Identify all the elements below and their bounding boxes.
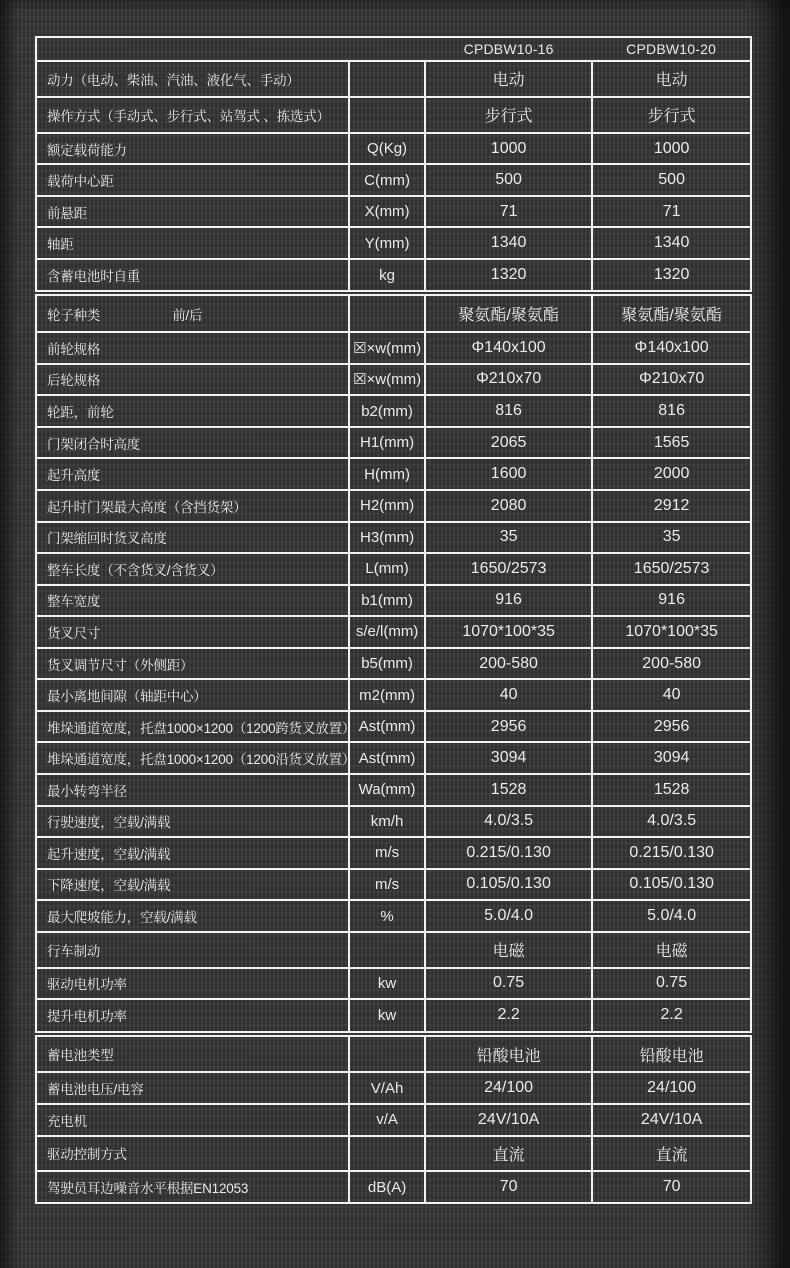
spec-unit-cell: V/Ah (349, 1072, 425, 1104)
spec-label-cell: 行车制动 (36, 932, 349, 968)
spec-row: 货叉尺寸 s/e/l(mm) 1070*100*35 1070*100*35 (36, 616, 751, 648)
spec-unit-cell: kw (349, 999, 425, 1033)
spec-label-cell: 货叉调节尺寸（外侧距） (36, 648, 349, 680)
spec-unit-cell: ☒×w(mm) (349, 364, 425, 396)
spec-unit-cell (349, 932, 425, 968)
spec-row: 额定载荷能力 Q(Kg) 1000 1000 (36, 133, 751, 165)
spec-value-model-1: 2.2 (425, 999, 592, 1033)
spec-value-model-1: 4.0/3.5 (425, 806, 592, 838)
spec-unit-cell: Y(mm) (349, 227, 425, 259)
spec-label-text: 驱动控制方式 (47, 1147, 127, 1162)
spec-label-cell: 堆垛通道宽度，托盘1000×1200（1200跨货叉放置） (36, 711, 349, 743)
spec-row: 轴距 Y(mm) 1340 1340 (36, 227, 751, 259)
spec-label-text: 驱动电机功率 (47, 977, 127, 992)
spec-row: 后轮规格 ☒×w(mm) Φ210x70 Φ210x70 (36, 364, 751, 396)
spec-label-suffix: 前/后 (172, 308, 202, 323)
spec-label-text: 操作方式（手动式、步行式、站驾式 、拣选式） (47, 109, 330, 124)
spec-unit-cell: m/s (349, 869, 425, 901)
spec-table-body: 动力（电动、柴油、汽油、液化气、手动） 电动 电动 操作方式（手动式、步行式、站… (36, 61, 751, 1203)
spec-unit-cell: m2(mm) (349, 679, 425, 711)
spec-label-cell: 操作方式（手动式、步行式、站驾式 、拣选式） (36, 97, 349, 133)
spec-label-cell: 堆垛通道宽度，托盘1000×1200（1200沿货叉放置） (36, 742, 349, 774)
spec-label-cell: 后轮规格 (36, 364, 349, 396)
spec-unit-cell: H1(mm) (349, 427, 425, 459)
spec-row: 下降速度，空载/满载 m/s 0.105/0.130 0.105/0.130 (36, 869, 751, 901)
spec-label-cell: 门架闭合时高度 (36, 427, 349, 459)
spec-value-model-1: 电动 (425, 61, 592, 97)
spec-value-model-1: 0.75 (425, 968, 592, 1000)
spec-value-model-1: 3094 (425, 742, 592, 774)
spec-value-model-1: 电磁 (425, 932, 592, 968)
spec-unit-cell: C(mm) (349, 164, 425, 196)
spec-row: 堆垛通道宽度，托盘1000×1200（1200沿货叉放置） Ast(mm) 30… (36, 742, 751, 774)
spec-row: 最小转弯半径 Wa(mm) 1528 1528 (36, 774, 751, 806)
spec-label-cell: 含蓄电池时自重 (36, 259, 349, 293)
spec-value-model-2: 电磁 (592, 932, 751, 968)
spec-label-text: 驾驶员耳边噪音水平根据EN12053 (47, 1181, 248, 1196)
spec-label-cell: 行驶速度，空载/满载 (36, 806, 349, 838)
spec-row: 最小离地间隙（轴距中心） m2(mm) 40 40 (36, 679, 751, 711)
spec-value-model-2: 1320 (592, 259, 751, 293)
spec-value-model-1: 24V/10A (425, 1104, 592, 1136)
spec-label-cell: 整车宽度 (36, 585, 349, 617)
spec-value-model-2: Φ140x100 (592, 332, 751, 364)
spec-value-model-1: 500 (425, 164, 592, 196)
spec-row: 充电机 v/A 24V/10A 24V/10A (36, 1104, 751, 1136)
spec-label-text: 起升高度 (47, 468, 100, 483)
spec-row: 行驶速度，空载/满载 km/h 4.0/3.5 4.0/3.5 (36, 806, 751, 838)
spec-label-cell: 驱动控制方式 (36, 1136, 349, 1172)
spec-value-model-2: 电动 (592, 61, 751, 97)
spec-value-model-1: 2065 (425, 427, 592, 459)
spec-value-model-2: 4.0/3.5 (592, 806, 751, 838)
spec-row: 动力（电动、柴油、汽油、液化气、手动） 电动 电动 (36, 61, 751, 97)
spec-row: 起升速度，空载/满载 m/s 0.215/0.130 0.215/0.130 (36, 837, 751, 869)
spec-value-model-1: 2080 (425, 490, 592, 522)
spec-label-cell: 驾驶员耳边噪音水平根据EN12053 (36, 1171, 349, 1203)
spec-label-cell: 轮距，前轮 (36, 395, 349, 427)
spec-label-text: 轮距，前轮 (47, 405, 114, 420)
spec-value-model-2: 聚氨酯/聚氨酯 (592, 293, 751, 332)
spec-value-model-1: 1000 (425, 133, 592, 165)
spec-value-model-1: 5.0/4.0 (425, 900, 592, 932)
spec-value-model-1: 1600 (425, 458, 592, 490)
spec-label-cell: 起升时门架最大高度（含挡货架） (36, 490, 349, 522)
spec-value-model-1: 0.215/0.130 (425, 837, 592, 869)
spec-unit-cell: km/h (349, 806, 425, 838)
spec-unit-cell: L(mm) (349, 553, 425, 585)
spec-label-text: 行驶速度，空载/满载 (47, 815, 170, 830)
spec-unit-cell: b2(mm) (349, 395, 425, 427)
spec-label-cell: 轴距 (36, 227, 349, 259)
spec-row: 货叉调节尺寸（外侧距） b5(mm) 200-580 200-580 (36, 648, 751, 680)
spec-value-model-2: 步行式 (592, 97, 751, 133)
spec-label-cell: 最小离地间隙（轴距中心） (36, 679, 349, 711)
spec-label-text: 下降速度，空载/满载 (47, 878, 170, 893)
spec-value-model-2: 0.215/0.130 (592, 837, 751, 869)
spec-value-model-2: 24/100 (592, 1072, 751, 1104)
spec-label-text: 最大爬坡能力，空载/满载 (47, 910, 197, 925)
spec-value-model-2: 2000 (592, 458, 751, 490)
spec-value-model-2: 2956 (592, 711, 751, 743)
spec-value-model-2: 2912 (592, 490, 751, 522)
spec-value-model-1: 71 (425, 196, 592, 228)
spec-value-model-1: 200-580 (425, 648, 592, 680)
spec-label-cell: 起升高度 (36, 458, 349, 490)
spec-value-model-2: 35 (592, 522, 751, 554)
spec-value-model-2: 24V/10A (592, 1104, 751, 1136)
spec-label-text: 最小转弯半径 (47, 784, 127, 799)
spec-label-text: 堆垛通道宽度，托盘1000×1200（1200跨货叉放置） (47, 721, 349, 736)
spec-row: 前轮规格 ☒×w(mm) Φ140x100 Φ140x100 (36, 332, 751, 364)
spec-label-cell: 前轮规格 (36, 332, 349, 364)
spec-unit-cell: Ast(mm) (349, 711, 425, 743)
spec-label-text: 前悬距 (47, 206, 87, 221)
spec-row: 起升时门架最大高度（含挡货架） H2(mm) 2080 2912 (36, 490, 751, 522)
spec-unit-cell: X(mm) (349, 196, 425, 228)
spec-unit-cell: H3(mm) (349, 522, 425, 554)
spec-label-cell: 前悬距 (36, 196, 349, 228)
spec-label-cell: 门架缩回时货叉高度 (36, 522, 349, 554)
spec-label-text: 额定载荷能力 (47, 143, 127, 158)
spec-row: 门架闭合时高度 H1(mm) 2065 1565 (36, 427, 751, 459)
spec-value-model-1: 40 (425, 679, 592, 711)
spec-label-cell: 货叉尺寸 (36, 616, 349, 648)
spec-label-text: 最小离地间隙（轴距中心） (47, 689, 207, 704)
spec-unit-cell: b1(mm) (349, 585, 425, 617)
spec-value-model-1: 816 (425, 395, 592, 427)
spec-unit-cell: kg (349, 259, 425, 293)
spec-label-cell: 充电机 (36, 1104, 349, 1136)
spec-value-model-1: 聚氨酯/聚氨酯 (425, 293, 592, 332)
spec-label-cell: 最小转弯半径 (36, 774, 349, 806)
spec-row: 行车制动 电磁 电磁 (36, 932, 751, 968)
spec-unit-cell (349, 61, 425, 97)
spec-value-model-1: 1340 (425, 227, 592, 259)
spec-label-text: 轴距 (47, 237, 74, 252)
spec-unit-cell: m/s (349, 837, 425, 869)
page-background: { "colors": { "background": "#333333", "… (0, 0, 790, 1268)
spec-unit-cell: v/A (349, 1104, 425, 1136)
spec-row: 蓄电池电压/电容 V/Ah 24/100 24/100 (36, 1072, 751, 1104)
spec-label-text: 整车宽度 (47, 594, 100, 609)
spec-label-text: 堆垛通道宽度，托盘1000×1200（1200沿货叉放置） (47, 752, 349, 767)
spec-value-model-2: 1070*100*35 (592, 616, 751, 648)
spec-value-model-1: 1070*100*35 (425, 616, 592, 648)
spec-value-model-2: 2.2 (592, 999, 751, 1033)
spec-label-cell: 动力（电动、柴油、汽油、液化气、手动） (36, 61, 349, 97)
spec-label-text: 货叉尺寸 (47, 626, 100, 641)
spec-label-text: 起升速度，空载/满载 (47, 847, 170, 862)
spec-label-text: 门架闭合时高度 (47, 437, 140, 452)
spec-label-text: 轮子种类 (47, 308, 100, 323)
spec-value-model-2: 816 (592, 395, 751, 427)
spec-label-text: 动力（电动、柴油、汽油、液化气、手动） (47, 73, 300, 88)
model-name-2: CPDBW10-20 (592, 37, 751, 61)
model-header-row: CPDBW10-16 CPDBW10-20 (36, 37, 751, 61)
spec-value-model-1: 0.105/0.130 (425, 869, 592, 901)
header-spacer-unit (349, 37, 425, 61)
spec-value-model-2: 直流 (592, 1136, 751, 1172)
spec-row: 载荷中心距 C(mm) 500 500 (36, 164, 751, 196)
spec-label-text: 含蓄电池时自重 (47, 269, 140, 284)
spec-value-model-2: 1565 (592, 427, 751, 459)
spec-row: 操作方式（手动式、步行式、站驾式 、拣选式） 步行式 步行式 (36, 97, 751, 133)
spec-value-model-1: 直流 (425, 1136, 592, 1172)
spec-value-model-1: 35 (425, 522, 592, 554)
spec-label-cell: 起升速度，空载/满载 (36, 837, 349, 869)
header-spacer-label (36, 37, 349, 61)
spec-unit-cell: ☒×w(mm) (349, 332, 425, 364)
spec-label-cell: 整车长度（不含货叉/含货叉） (36, 553, 349, 585)
spec-row: 起升高度 H(mm) 1600 2000 (36, 458, 751, 490)
spec-value-model-2: 5.0/4.0 (592, 900, 751, 932)
spec-row: 整车长度（不含货叉/含货叉） L(mm) 1650/2573 1650/2573 (36, 553, 751, 585)
spec-label-text: 蓄电池电压/电容 (47, 1082, 144, 1097)
spec-value-model-1: 步行式 (425, 97, 592, 133)
spec-unit-cell (349, 1034, 425, 1073)
spec-row: 门架缩回时货叉高度 H3(mm) 35 35 (36, 522, 751, 554)
spec-value-model-2: 3094 (592, 742, 751, 774)
spec-value-model-2: 40 (592, 679, 751, 711)
spec-value-model-1: 2956 (425, 711, 592, 743)
spec-label-text: 门架缩回时货叉高度 (47, 531, 167, 546)
spec-label-cell: 驱动电机功率 (36, 968, 349, 1000)
spec-label-text: 整车长度（不含货叉/含货叉） (47, 563, 223, 578)
spec-row: 提升电机功率 kw 2.2 2.2 (36, 999, 751, 1033)
spec-row: 整车宽度 b1(mm) 916 916 (36, 585, 751, 617)
spec-label-cell: 载荷中心距 (36, 164, 349, 196)
spec-unit-cell: % (349, 900, 425, 932)
spec-label-text: 蓄电池类型 (47, 1048, 114, 1063)
spec-label-cell: 蓄电池电压/电容 (36, 1072, 349, 1104)
spec-value-model-2: 70 (592, 1171, 751, 1203)
spec-row: 含蓄电池时自重 kg 1320 1320 (36, 259, 751, 293)
spec-value-model-2: 1000 (592, 133, 751, 165)
spec-value-model-2: 0.105/0.130 (592, 869, 751, 901)
spec-label-text: 充电机 (47, 1114, 87, 1129)
spec-unit-cell: Ast(mm) (349, 742, 425, 774)
spec-value-model-1: 1650/2573 (425, 553, 592, 585)
spec-unit-cell: Wa(mm) (349, 774, 425, 806)
spec-label-cell: 蓄电池类型 (36, 1034, 349, 1073)
spec-row: 轮子种类前/后 聚氨酯/聚氨酯 聚氨酯/聚氨酯 (36, 293, 751, 332)
spec-row: 前悬距 X(mm) 71 71 (36, 196, 751, 228)
spec-label-text: 前轮规格 (47, 342, 100, 357)
spec-label-text: 后轮规格 (47, 373, 100, 388)
spec-label-cell: 轮子种类前/后 (36, 293, 349, 332)
spec-value-model-2: 1528 (592, 774, 751, 806)
model-name-1: CPDBW10-16 (425, 37, 592, 61)
spec-label-text: 货叉调节尺寸（外侧距） (47, 658, 193, 673)
spec-row: 蓄电池类型 铅酸电池 铅酸电池 (36, 1034, 751, 1073)
spec-row: 驾驶员耳边噪音水平根据EN12053 dB(A) 70 70 (36, 1171, 751, 1203)
spec-row: 轮距，前轮 b2(mm) 816 816 (36, 395, 751, 427)
spec-unit-cell: b5(mm) (349, 648, 425, 680)
spec-value-model-2: 500 (592, 164, 751, 196)
spec-label-text: 起升时门架最大高度（含挡货架） (47, 500, 247, 515)
spec-unit-cell (349, 97, 425, 133)
spec-label-cell: 提升电机功率 (36, 999, 349, 1033)
spec-unit-cell: dB(A) (349, 1171, 425, 1203)
spec-value-model-1: 1528 (425, 774, 592, 806)
spec-value-model-2: 200-580 (592, 648, 751, 680)
spec-unit-cell (349, 293, 425, 332)
spec-unit-cell: Q(Kg) (349, 133, 425, 165)
spec-label-cell: 最大爬坡能力，空载/满载 (36, 900, 349, 932)
spec-label-text: 载荷中心距 (47, 174, 114, 189)
spec-label-cell: 下降速度，空载/满载 (36, 869, 349, 901)
spec-label-cell: 额定载荷能力 (36, 133, 349, 165)
spec-value-model-2: 1340 (592, 227, 751, 259)
spec-value-model-1: 1320 (425, 259, 592, 293)
spec-row: 堆垛通道宽度，托盘1000×1200（1200跨货叉放置） Ast(mm) 29… (36, 711, 751, 743)
spec-label-text: 提升电机功率 (47, 1009, 127, 1024)
spec-value-model-2: 71 (592, 196, 751, 228)
spec-value-model-2: Φ210x70 (592, 364, 751, 396)
spec-value-model-1: 铅酸电池 (425, 1034, 592, 1073)
spec-row: 驱动电机功率 kw 0.75 0.75 (36, 968, 751, 1000)
spec-value-model-1: 24/100 (425, 1072, 592, 1104)
spec-row: 驱动控制方式 直流 直流 (36, 1136, 751, 1172)
spec-table: CPDBW10-16 CPDBW10-20 动力（电动、柴油、汽油、液化气、手动… (35, 36, 752, 1204)
spec-label-text: 行车制动 (47, 944, 100, 959)
spec-unit-cell: H(mm) (349, 458, 425, 490)
spec-unit-cell: H2(mm) (349, 490, 425, 522)
spec-value-model-1: 916 (425, 585, 592, 617)
spec-value-model-2: 0.75 (592, 968, 751, 1000)
spec-row: 最大爬坡能力，空载/满载 % 5.0/4.0 5.0/4.0 (36, 900, 751, 932)
spec-value-model-1: Φ210x70 (425, 364, 592, 396)
spec-value-model-2: 1650/2573 (592, 553, 751, 585)
spec-unit-cell: s/e/l(mm) (349, 616, 425, 648)
spec-value-model-1: Φ140x100 (425, 332, 592, 364)
spec-value-model-1: 70 (425, 1171, 592, 1203)
spec-value-model-2: 铅酸电池 (592, 1034, 751, 1073)
spec-value-model-2: 916 (592, 585, 751, 617)
spec-unit-cell (349, 1136, 425, 1172)
spec-unit-cell: kw (349, 968, 425, 1000)
